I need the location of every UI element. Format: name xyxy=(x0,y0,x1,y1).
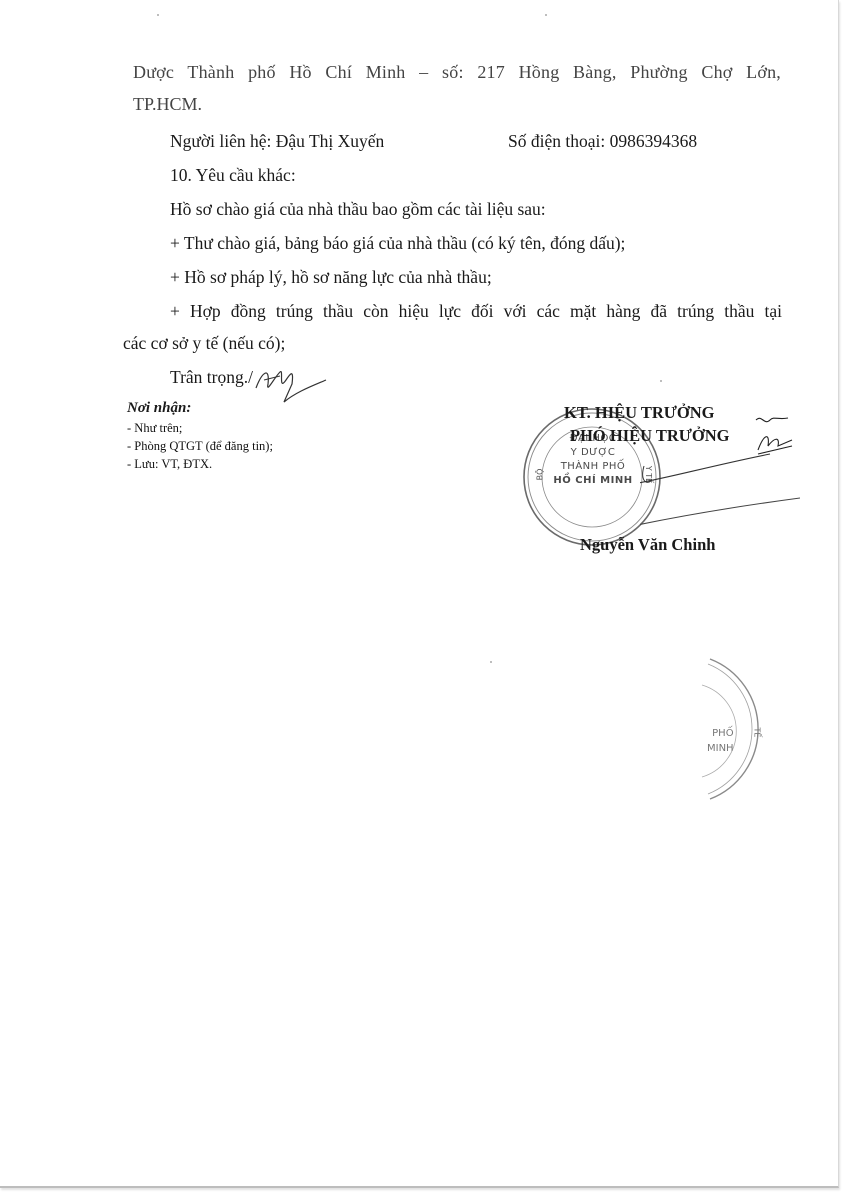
closing-text: Trân trọng./ xyxy=(170,367,253,388)
receiver-item: - Lưu: VT, ĐTX. xyxy=(127,457,212,472)
scan-speck xyxy=(490,661,492,663)
requirement-item: + Hồ sơ pháp lý, hồ sơ năng lực của nhà … xyxy=(170,267,492,288)
requirement-item: + Hợp đồng trúng thầu còn hiệu lực đối v… xyxy=(170,301,782,322)
section-intro: Hồ sơ chào giá của nhà thầu bao gồm các … xyxy=(170,199,546,220)
contact-person: Người liên hệ: Đậu Thị Xuyến xyxy=(170,131,384,152)
partial-seal-line: PHỐ xyxy=(707,726,734,741)
partial-seal-text: PHỐ MINH xyxy=(707,726,734,756)
seal-line: Y DƯỢC xyxy=(548,446,638,460)
partial-seal-line: MINH xyxy=(707,741,734,756)
scan-speck xyxy=(545,14,547,16)
seal-side-left: BỘ xyxy=(535,469,544,481)
receiver-item: - Phòng QTGT (để đăng tin); xyxy=(127,439,273,454)
receivers-title: Nơi nhận: xyxy=(127,400,191,417)
seal-line: HỒ CHÍ MINH xyxy=(548,474,638,488)
partial-seal-side: TẾ xyxy=(752,728,761,738)
section-title: 10. Yêu cầu khác: xyxy=(170,165,296,186)
scan-speck xyxy=(157,14,159,16)
requirement-item: + Thư chào giá, bảng báo giá của nhà thầ… xyxy=(170,233,625,254)
requirement-item-continued: các cơ sở y tế (nếu có); xyxy=(123,333,285,354)
scan-speck xyxy=(660,380,662,382)
document-page: Dược Thành phố Hồ Chí Minh – số: 217 Hồn… xyxy=(0,0,839,1188)
receiver-item: - Như trên; xyxy=(127,421,182,436)
seal-line: THÀNH PHỐ xyxy=(548,460,638,474)
address-line-2: TP.HCM. xyxy=(133,94,202,115)
contact-phone: Số điện thoại: 0986394368 xyxy=(508,131,697,152)
address-line-1: Dược Thành phố Hồ Chí Minh – số: 217 Hồn… xyxy=(133,62,781,83)
initial-signature-icon xyxy=(250,358,330,408)
handwritten-signature-icon xyxy=(640,410,800,550)
